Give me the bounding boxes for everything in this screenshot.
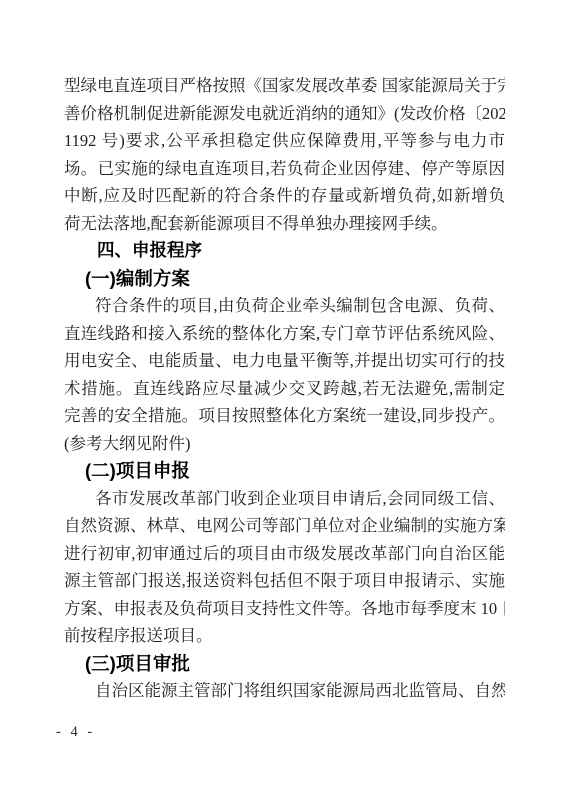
paragraph-line: 场。已实施的绿电直连项目,若负荷企业因停建、停产等原因 <box>64 155 505 183</box>
paragraph-line: 1192 号)要求,公平承担稳定供应保障费用,平等参与电力市 <box>64 127 505 155</box>
paragraph-line: 完善的安全措施。项目按照整体化方案统一建设,同步投产。 <box>64 402 505 430</box>
paragraph-first-line: 自治区能源主管部门将组织国家能源局西北监管局、自然 <box>64 677 505 705</box>
paragraph-first-line: 符合条件的项目,由负荷企业牵头编制包含电源、负荷、 <box>64 292 505 320</box>
section-heading: 四、申报程序 <box>64 237 505 265</box>
paragraph-line: 方案、申报表及负荷项目支持性文件等。各地市每季度末 10 日 <box>64 595 505 623</box>
paragraph-line: 进行初审,初审通过后的项目由市级发展改革部门向自治区能 <box>64 540 505 568</box>
paragraph-line: 源主管部门报送,报送资料包括但不限于项目申报请示、实施 <box>64 567 505 595</box>
paragraph-last-line: 前按程序报送项目。 <box>64 622 505 650</box>
document-page: 型绿电直连项目严格按照《国家发展改革委 国家能源局关于完善价格机制促进新能源发电… <box>0 0 566 800</box>
paragraph-line: 中断,应及时匹配新的符合条件的存量或新增负荷,如新增负 <box>64 182 505 210</box>
subsection-heading: (三)项目审批 <box>64 650 505 678</box>
paragraph-line: 直连线路和接入系统的整体化方案,专门章节评估系统风险、 <box>64 320 505 348</box>
document-body: 型绿电直连项目严格按照《国家发展改革委 国家能源局关于完善价格机制促进新能源发电… <box>64 72 505 705</box>
paragraph-line: 善价格机制促进新能源发电就近消纳的通知》(发改价格〔2025〕 <box>64 100 505 128</box>
paragraph-line: 自然资源、林草、电网公司等部门单位对企业编制的实施方案 <box>64 512 505 540</box>
paragraph-line: 型绿电直连项目严格按照《国家发展改革委 国家能源局关于完 <box>64 72 505 100</box>
page-number: - 4 - <box>56 724 95 741</box>
paragraph-last-line: (参考大纲见附件) <box>64 430 505 458</box>
subsection-heading: (二)项目申报 <box>64 457 505 485</box>
paragraph-line: 术措施。直连线路应尽量减少交叉跨越,若无法避免,需制定 <box>64 375 505 403</box>
paragraph-first-line: 各市发展改革部门收到企业项目申请后,会同同级工信、 <box>64 485 505 513</box>
paragraph-last-line: 荷无法落地,配套新能源项目不得单独办理接网手续。 <box>64 210 505 238</box>
paragraph-line: 用电安全、电能质量、电力电量平衡等,并提出切实可行的技 <box>64 347 505 375</box>
subsection-heading: (一)编制方案 <box>64 265 505 293</box>
